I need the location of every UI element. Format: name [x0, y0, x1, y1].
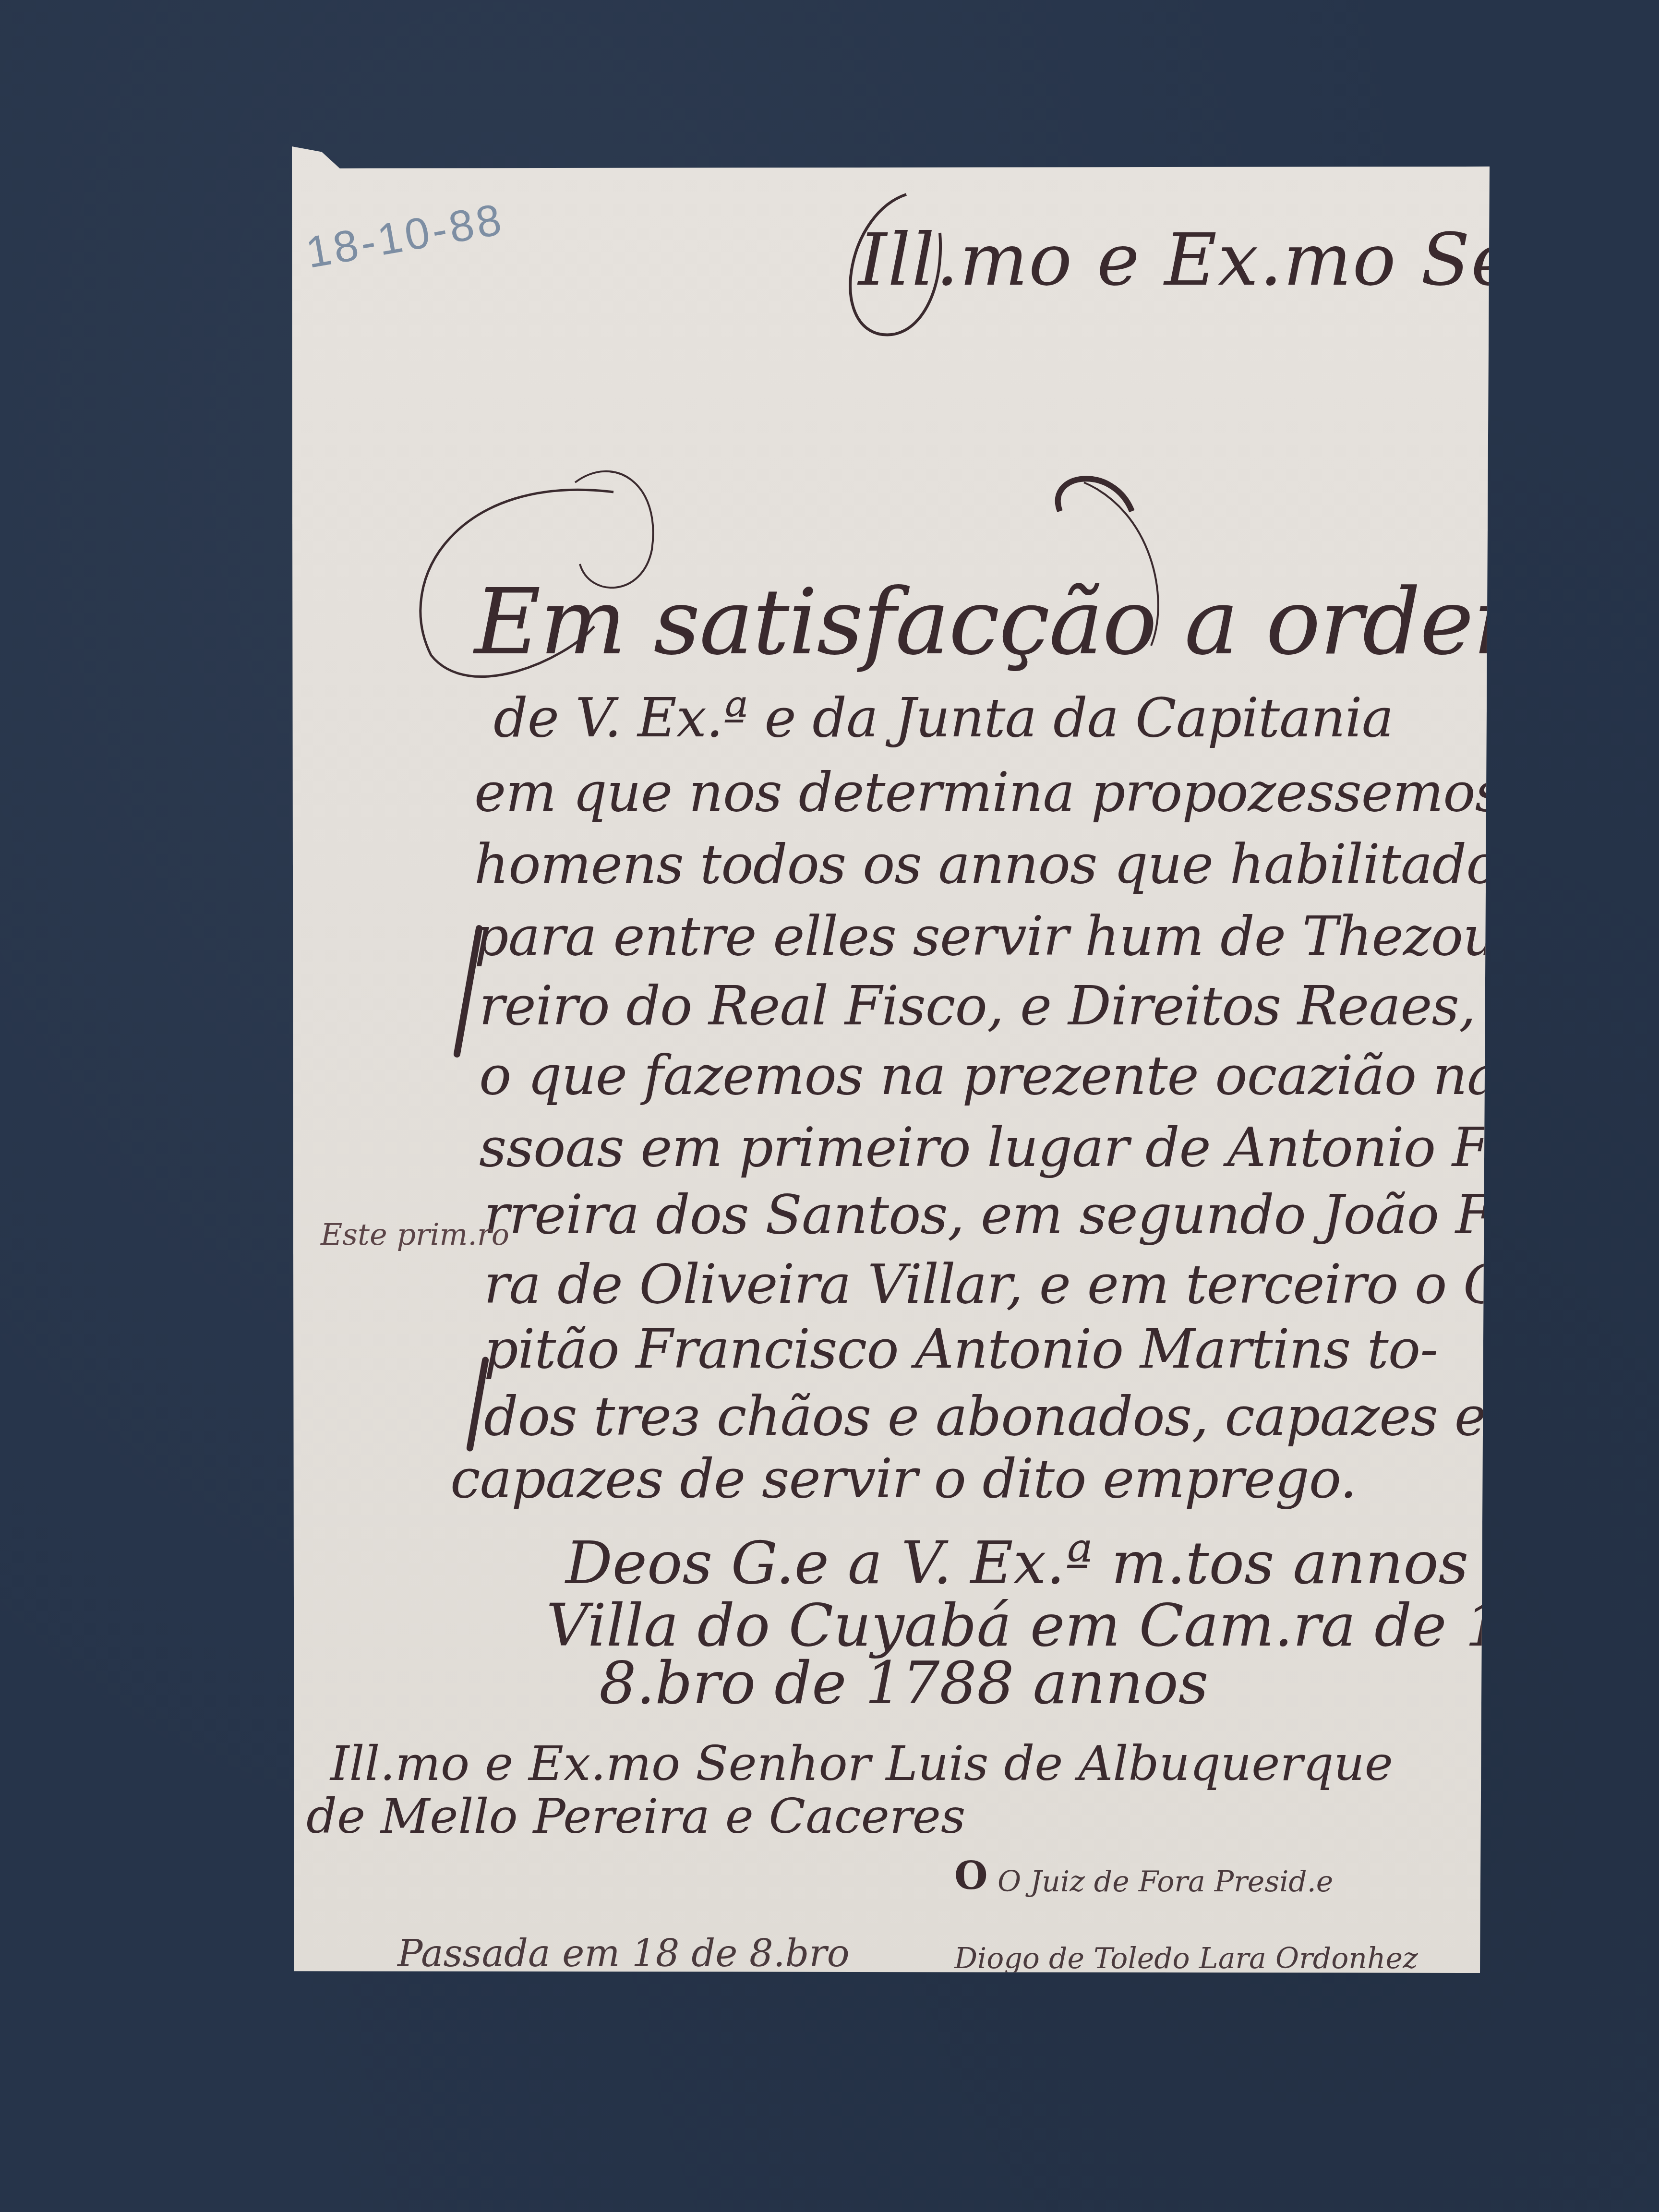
margin-bracket	[453, 925, 483, 1058]
body-line-4: para entre elles servir hum de Thezou-	[474, 910, 1515, 963]
body-line-12: capazes de servir o dito emprego.	[450, 1452, 1357, 1506]
body-line-2: em que nos determina propozessemos treз	[474, 766, 1625, 819]
dispatch-signature: Albuq.e Leme	[556, 2033, 817, 2076]
salutation: Ill.mo e Ex.mo Senhor.	[858, 218, 1659, 302]
addressee-line-2: de Mello Pereira e Caceres	[306, 1788, 965, 1844]
addressee-line-1: Ill.mo e Ex.mo Senhor Luis de Albuquerqu…	[330, 1735, 1393, 1791]
pencil-date: 18-10-88	[302, 194, 508, 278]
body-line-3: homens todos os annos que habilitados fo…	[474, 838, 1659, 891]
body-line-10: pitão Francisco Antonio Martins to-	[484, 1322, 1438, 1376]
signatory-name-2: Joaquim da Costa Siqueira	[954, 1980, 1343, 2014]
signatory-name-1: Diogo de Toledo Lara Ordonhez	[954, 1942, 1418, 1975]
manuscript-page: 18-10-88 Ill.mo e Ex.mo Senhor. Em satis…	[292, 146, 1490, 1973]
seal-mark-icon: O	[954, 1853, 988, 1898]
body-line-11: dos treз chãos e abonados, capazes e	[484, 1390, 1486, 1443]
dispatch-note-line-2: de 1788	[421, 1975, 575, 2019]
signatory-name-4: José Pedro Gomes	[954, 2050, 1217, 2083]
body-line-7: ssoas em primeiro lugar de Antonio Fe-	[479, 1121, 1535, 1175]
closing-line-1: Deos G.e a V. Ex.ª m.tos annos	[565, 1529, 1468, 1597]
signatory-name-3: Joaquim L.s da Costa e Carvalho	[964, 2019, 1440, 2052]
closing-line-3: 8.bro de 1788 annos	[599, 1649, 1208, 1717]
dispatch-note-line-1: Passada em 18 de 8.bro	[397, 1932, 850, 1975]
body-line-6: o que fazemos na prezente ocazião nas pe…	[479, 1049, 1625, 1103]
margin-note: Este prim.ro	[321, 1217, 509, 1252]
signatory-title: O Juiz de Fora Presid.e	[998, 1865, 1333, 1899]
body-line-1: de V. Ex.ª e da Junta da Capitania	[493, 691, 1393, 745]
body-line-9: ra de Oliveira Villar, e em terceiro o C…	[484, 1258, 1553, 1311]
opening-line: Em satisfacção a ordens	[474, 569, 1576, 675]
body-line-5: reiro do Real Fisco, e Direitos Reaes,	[479, 979, 1476, 1033]
body-line-8: rreira dos Santos, em segundo João Ferre…	[484, 1188, 1637, 1242]
